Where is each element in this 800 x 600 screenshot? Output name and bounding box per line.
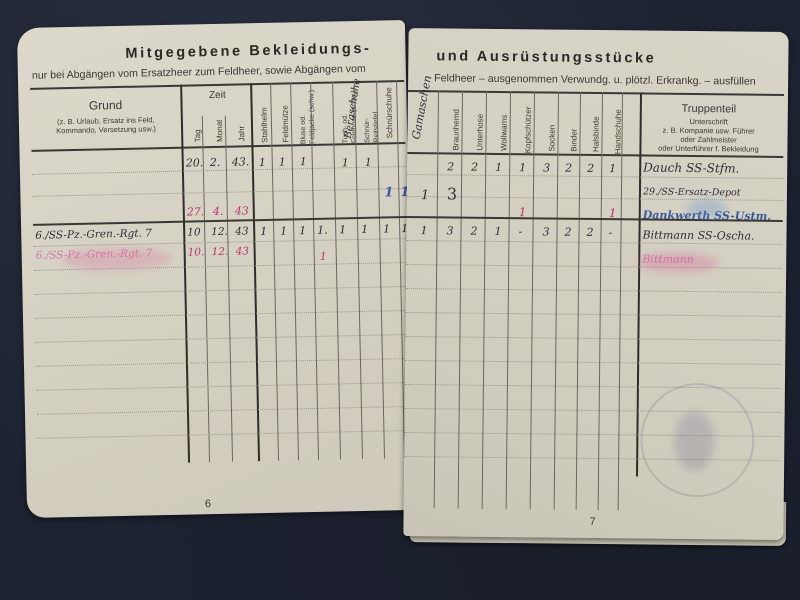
divider-zeit [250, 83, 260, 461]
row1-tuchhose: 1 [342, 156, 349, 169]
row2-v6: 1 [361, 223, 368, 236]
r-row2-v2: 2 [470, 225, 477, 238]
dotted-rule [405, 384, 781, 389]
header-top-rule-right [408, 90, 784, 96]
dotted-rule [406, 312, 782, 317]
dotted-rule [35, 334, 409, 343]
r-row2-v8: - [608, 226, 612, 239]
r-row1-return-1: 1 [519, 205, 527, 219]
col-tuchhose: Tuch- od. Feldhose (schw.) [340, 83, 359, 143]
r-row1-return-2: 1 [609, 206, 617, 220]
row2-v7: 1 [383, 222, 390, 235]
col-stiefel: Schnür- Reitstiefel [362, 93, 381, 143]
r-row2-v0: 1 [420, 224, 427, 237]
right-page-subtitle: Feldheer – ausgenommen Verwundg. u. plöt… [434, 72, 756, 87]
col-monat: Monat [215, 120, 224, 142]
row2-v5: 1 [339, 223, 346, 236]
dotted-rule [405, 336, 781, 341]
row1-feldmuetze: 1 [279, 156, 286, 169]
row2-monat: 12. [211, 226, 228, 238]
signature-dauch: Dauch SS-Stfm. [643, 160, 739, 175]
dotted-rule [32, 188, 406, 197]
r-row1-binder: 2 [565, 162, 572, 175]
r-row2-v7: 2 [586, 226, 593, 239]
header-bottom-rule [31, 142, 405, 152]
r-row1-braunhemd-extra: 3 [447, 184, 457, 203]
col-socken: Socken [547, 125, 556, 152]
left-page-subtitle: nur bei Abgängen vom Ersatzheer zum Feld… [32, 63, 366, 82]
row2-tag: 10 [187, 226, 201, 238]
divider-col [396, 80, 405, 458]
row2-v3: 1 [299, 224, 306, 237]
left-page: Mitgegebene Bekleidungs- nur bei Abgänge… [17, 20, 415, 518]
row1-stahlhelm: 1 [259, 156, 266, 169]
divider-col [270, 83, 279, 461]
truppenteil-line4: oder Unterführer f. Bekleidung [633, 143, 783, 154]
handwritten-header-gamaschen: Gamaschen [410, 74, 435, 140]
r-row1-unterhose: 2 [471, 161, 478, 174]
row2-v2: 1 [280, 225, 287, 238]
dotted-rule [34, 286, 408, 295]
row1-return-jahr: 43 [235, 204, 249, 217]
dotted-rule [405, 360, 781, 365]
r-row1-halsbinde: 2 [587, 162, 594, 175]
r-row1-socken: 3 [543, 161, 550, 174]
row2-return-jahr: 43 [236, 245, 250, 257]
r-row2-v1: 3 [446, 224, 453, 237]
row2-return-value: 1 [320, 250, 327, 263]
right-page-title: und Ausrüstungsstücke [436, 48, 656, 66]
row1-jahr: 43. [232, 155, 250, 168]
r-row1-wollwams: 1 [495, 161, 502, 174]
row2-jahr: 43 [235, 225, 249, 237]
right-page: und Ausrüstungsstücke Feldheer – ausgeno… [403, 28, 788, 540]
row1-stiefel: 1 [365, 156, 372, 169]
col-binder: Binder [569, 129, 578, 152]
row1-return-tag: 27. [187, 205, 205, 218]
row2-grund: 6./SS-Pz.-Gren.-Rgt. 7 [35, 227, 152, 241]
r-row2-v4: - [518, 225, 522, 238]
col-tag: Tag [193, 129, 202, 142]
grund-header: Grund [30, 97, 180, 114]
row2-v1: 1 [260, 225, 267, 238]
r-row1-gamaschen: 1 [421, 188, 429, 203]
r-row1-handschuhe: 1 [609, 162, 616, 175]
col-stahlhelm: Stahlhelm [260, 107, 270, 143]
col-feldmuetze: Feldmütze [281, 105, 291, 143]
pink-smudge-right [638, 252, 718, 273]
col-braunhemd: Braunhemd [451, 109, 460, 150]
col-wollwams: Wollwams [499, 115, 508, 151]
row1-blue-1: 1 [384, 185, 393, 200]
col-bluse: Bluse od. Feldjacke (schw.) [298, 84, 317, 144]
divider-grund [180, 85, 190, 463]
signature-bittmann: Bittmann SS-Oscha. [642, 228, 754, 242]
dotted-rule [36, 358, 410, 367]
col-kopfschuetzer: Kopfschützer [523, 107, 532, 154]
dotted-rule [36, 382, 410, 391]
dotted-rule [37, 430, 411, 439]
row2-v4: 1. [317, 224, 328, 237]
r-row1-braunhemd: 2 [447, 160, 454, 173]
col-halsbinde: Halsbinde [591, 116, 600, 152]
zeit-header: Zeit [182, 89, 252, 101]
r-row2-v3: 1 [494, 225, 501, 238]
dotted-rule [35, 310, 409, 319]
row1-tag: 20. [186, 156, 204, 169]
dotted-rule [406, 288, 782, 293]
divider-col [332, 82, 341, 460]
col-schnuerschuhe: Schnürschuhe [384, 87, 394, 138]
r-row1-kopfschuetzer: 1 [519, 161, 526, 174]
r-row2-v6: 2 [564, 226, 571, 239]
page-number-right: 7 [589, 516, 595, 528]
dotted-rule [37, 406, 411, 415]
page-number-left: 6 [205, 498, 211, 510]
signature-depot: 29./SS-Ersatz-Depot [643, 186, 741, 198]
col-jahr: Jahr [237, 126, 246, 142]
row2-return-monat: 12. [212, 246, 229, 258]
truppenteil-header: Truppenteil [634, 102, 784, 116]
r-row2-v5: 3 [542, 225, 549, 238]
row1-bluse: 1 [300, 155, 307, 168]
row2-return-tag: 10. [188, 246, 205, 258]
divider-col [290, 82, 299, 460]
col-unterhose: Unterhose [475, 114, 484, 151]
dotted-rule [406, 264, 782, 269]
blue-smudge [687, 199, 727, 217]
row1-return-monat: 4. [213, 205, 224, 218]
grund-hint-2: Kommando, Versetzung usw.) [31, 124, 181, 136]
left-page-title: Mitgegebene Bekleidungs- [125, 41, 371, 62]
row1-monat: 2. [210, 156, 221, 169]
